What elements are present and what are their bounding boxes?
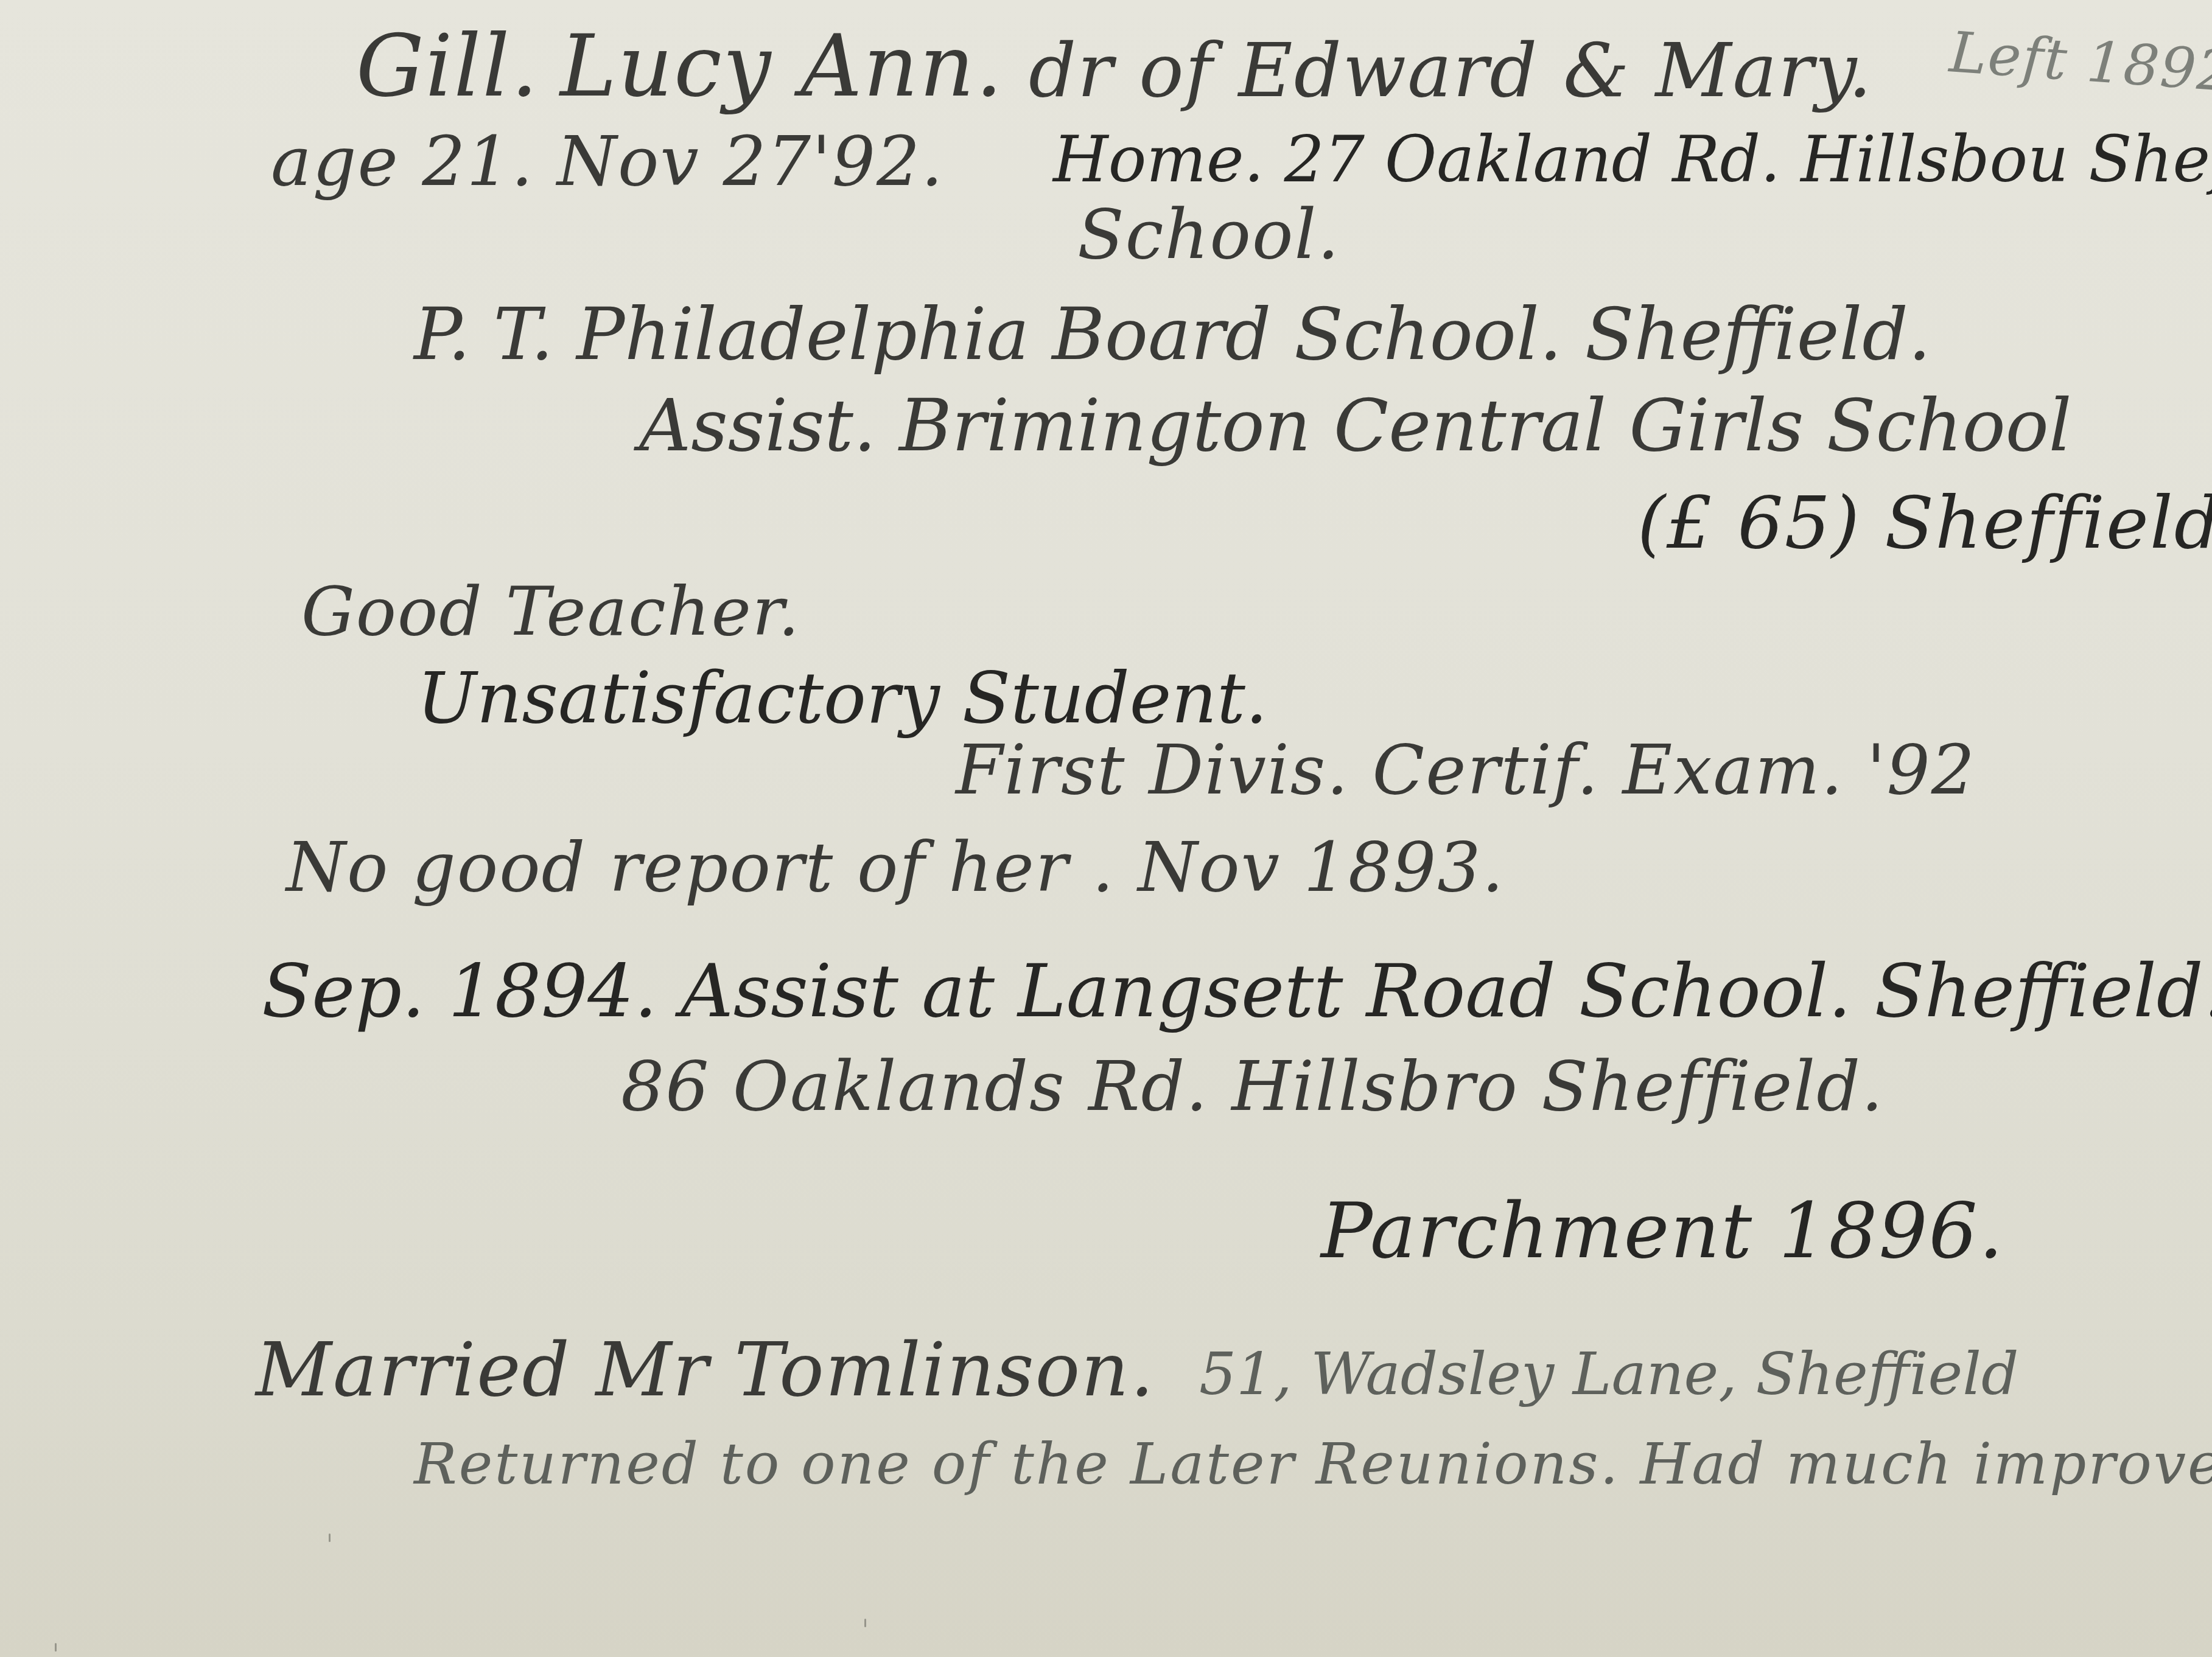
school-label: School. xyxy=(1077,201,1340,269)
report-note: No good report of her . Nov 1893. xyxy=(286,834,1505,902)
new-address: 86 Oaklands Rd. Hillsbro Sheffield. xyxy=(621,1053,1884,1121)
salary-and-city: (£ 65) Sheffield. xyxy=(1637,487,2212,559)
surname: Gill. xyxy=(356,24,539,110)
paper-speck xyxy=(329,1533,331,1542)
archival-record-page: Left 1892 Gill. Lucy Ann. dr of Edward &… xyxy=(0,0,2212,1657)
assistant-school: Assist. Brimington Central Girls School xyxy=(639,389,2072,461)
appointment-1894: Sep. 1894. Assist at Langsett Road Schoo… xyxy=(262,955,2212,1028)
married-address: 51, Wadsley Lane, Sheffield xyxy=(1199,1345,2018,1403)
student-assessment: Unsatisfactory Student. xyxy=(417,663,1268,734)
given-names: Lucy Ann. xyxy=(560,24,1004,110)
exam-result: First Divis. Certif. Exam. '92 xyxy=(956,736,1976,804)
left-date-annotation: Left 1892 xyxy=(1948,24,2212,100)
paper-speck xyxy=(864,1619,866,1627)
parentage: dr of Edward & Mary. xyxy=(1029,33,1873,108)
returned-note: Returned to one of the Later Reunions. H… xyxy=(414,1436,2212,1493)
paper-speck xyxy=(55,1643,57,1652)
parchment-year: Parchment 1896. xyxy=(1321,1193,2004,1269)
teacher-assessment: Good Teacher. xyxy=(301,578,800,645)
age-and-date: age 21. Nov 27'92. xyxy=(271,128,944,196)
pupil-teacher-school: P. T. Philadelphia Board School. Sheffie… xyxy=(414,298,1931,370)
home-address: Home. 27 Oakland Rd. Hillsbou Sheffield xyxy=(1053,128,2212,191)
marriage-note: Married Mr Tomlinson. xyxy=(256,1333,1155,1407)
